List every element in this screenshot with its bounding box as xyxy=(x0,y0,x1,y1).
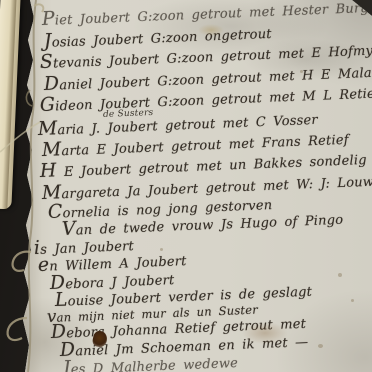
manuscript-page: Piet Joubert G:zoon getrout met Hester B… xyxy=(0,0,372,372)
speck xyxy=(300,70,303,73)
speck xyxy=(338,273,342,277)
speck xyxy=(318,344,323,348)
stain xyxy=(198,24,224,36)
folded-page-edge xyxy=(0,0,21,209)
page-edge-shading xyxy=(1,0,16,209)
manuscript-photo: Piet Joubert G:zoon getrout met Hester B… xyxy=(0,0,372,372)
speck xyxy=(160,248,163,251)
speck xyxy=(351,299,354,302)
stain xyxy=(242,322,288,344)
